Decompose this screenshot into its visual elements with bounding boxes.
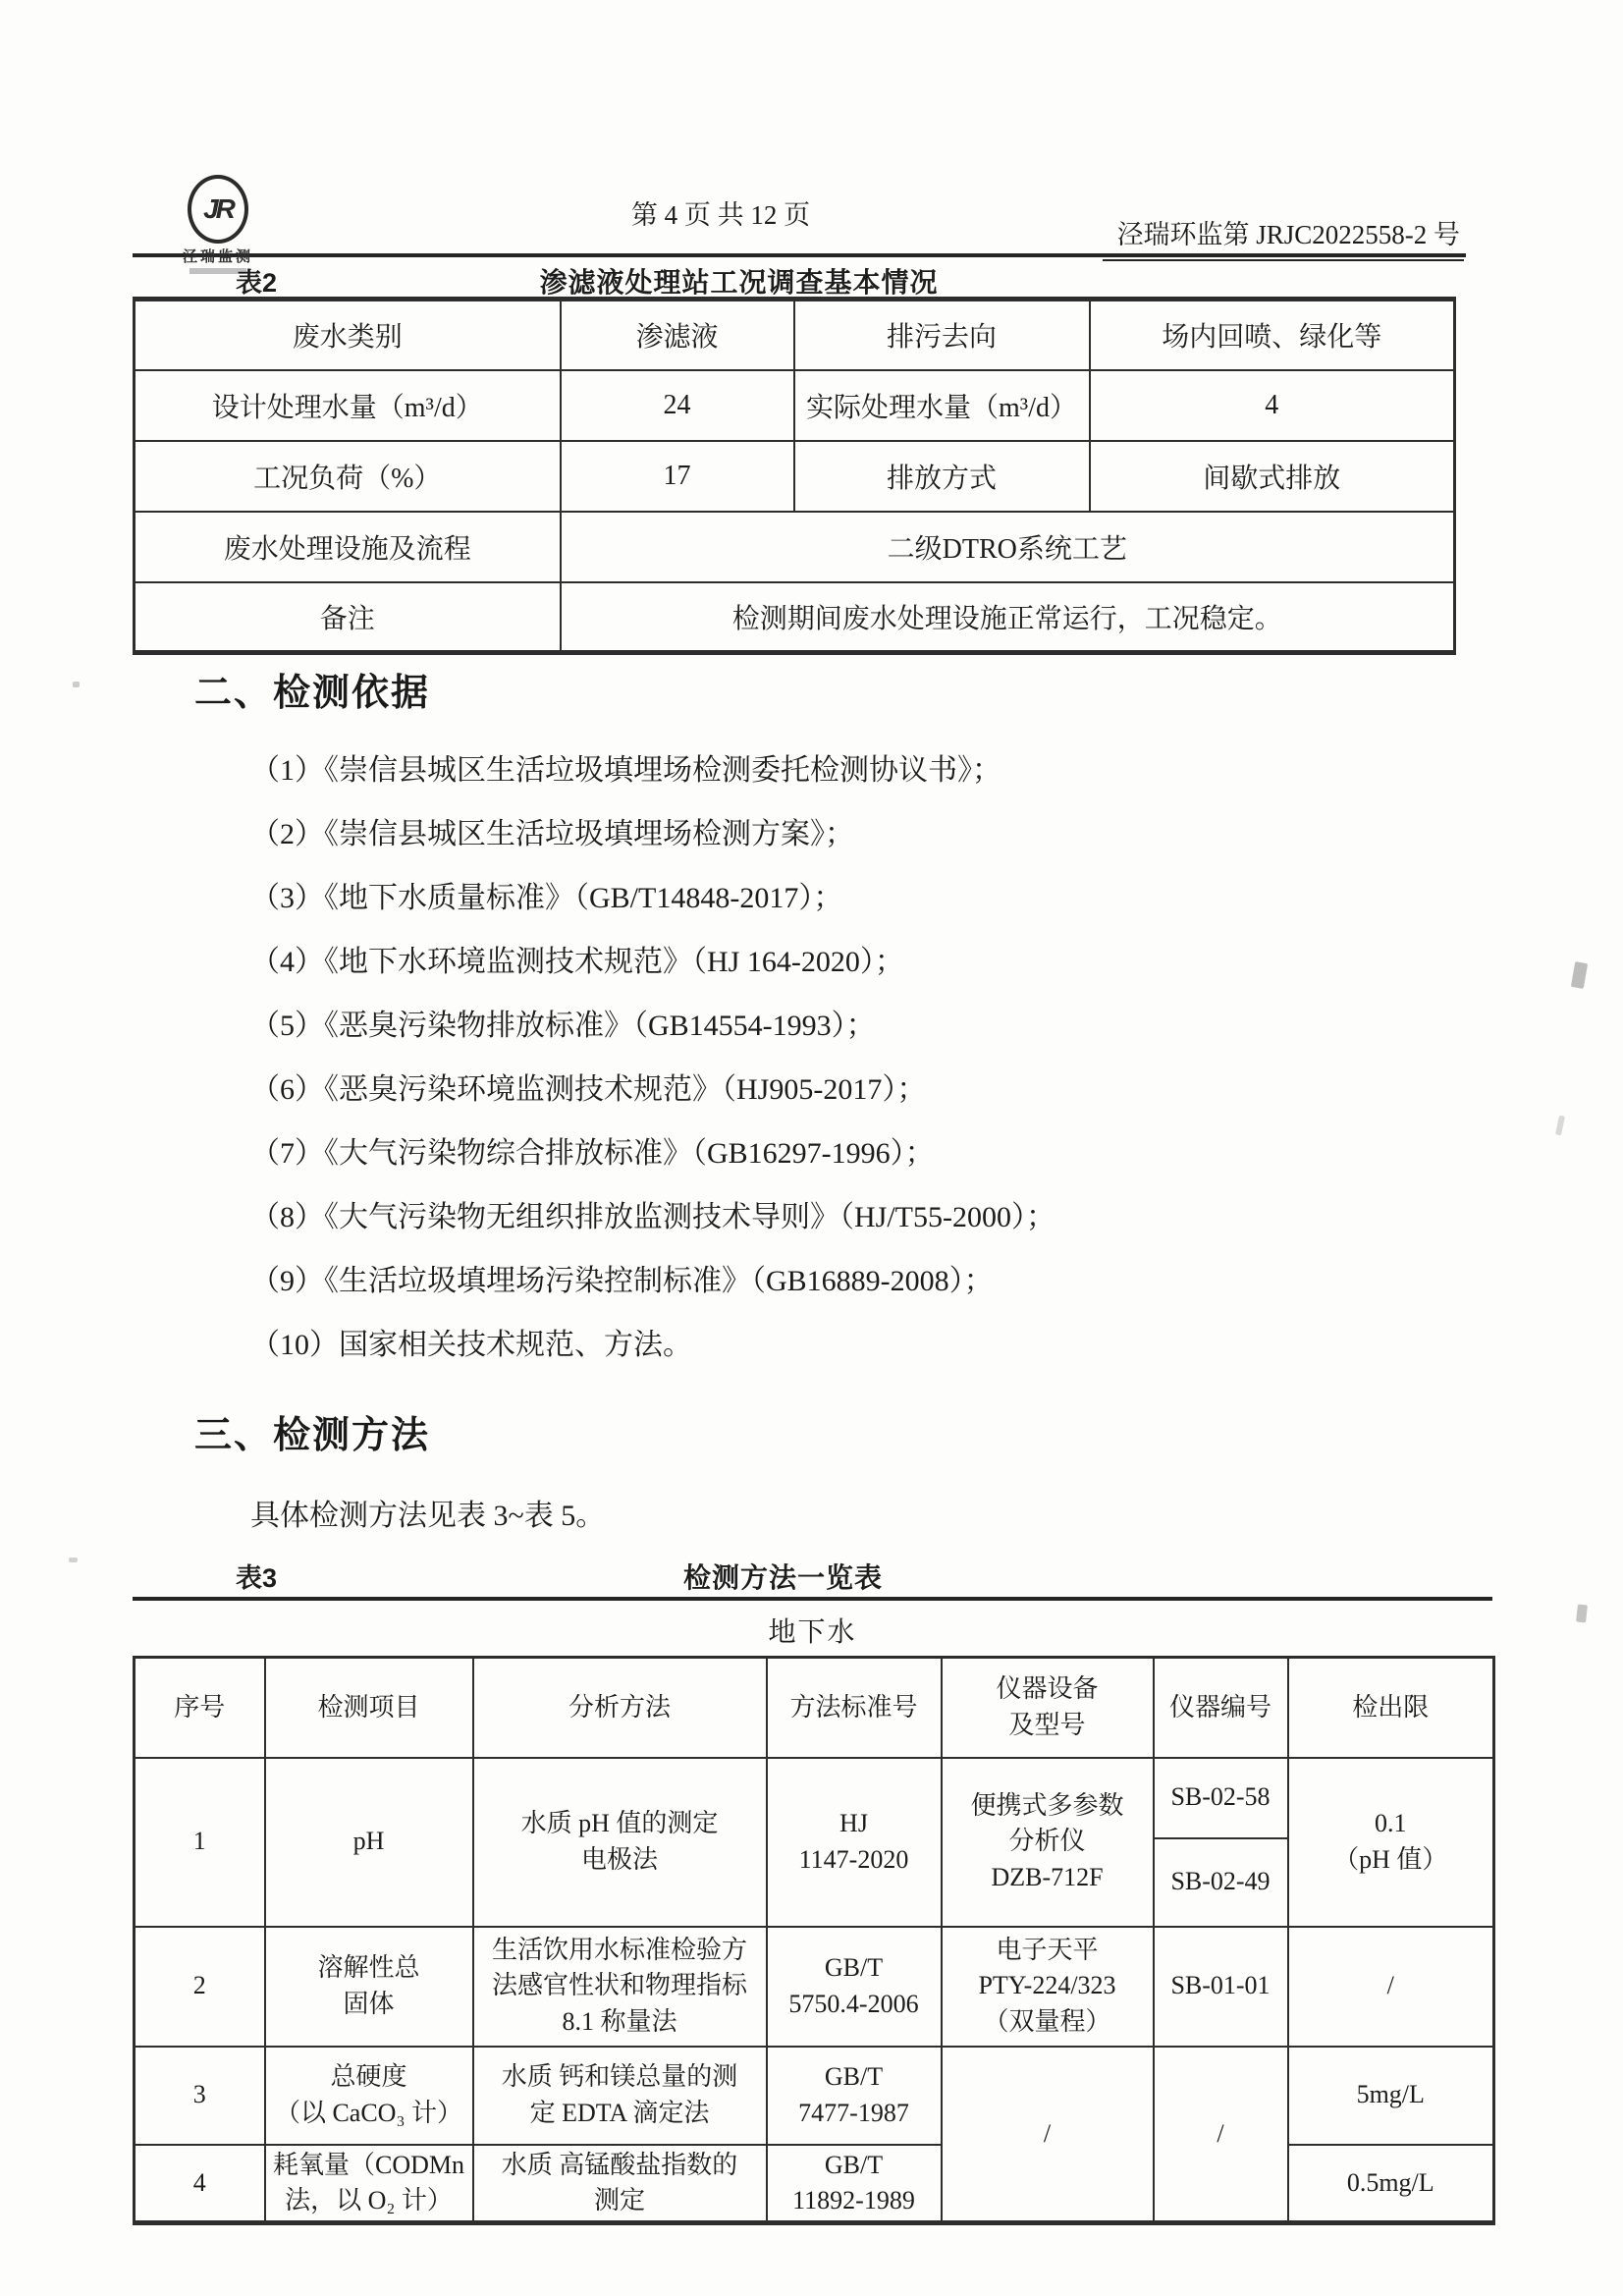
table-row: 1 pH 水质 pH 值的测定 电极法 HJ 1147-2020 便携式多参数 … [135, 1758, 1494, 1838]
table-cell: 废水类别 [135, 300, 561, 370]
list-item: （4）《地下水环境监测技术规范》（HJ 164-2020）； [250, 930, 1478, 994]
column-header: 检出限 [1288, 1658, 1494, 1758]
column-header: 序号 [135, 1658, 265, 1758]
table-cell: 实际处理水量（m³/d） [794, 370, 1090, 441]
list-item: （8）《大气污染物无组织排放监测技术导则》（HJ/T55-2000）； [250, 1185, 1478, 1249]
table-cell: 5mg/L [1288, 2047, 1494, 2145]
basis-list: （1）《崇信县城区生活垃圾填埋场检测委托检测协议书》； （2）《崇信县城区生活垃… [250, 738, 1478, 1377]
table-cell: pH [265, 1758, 473, 1927]
page-header: JR 泾瑞监测 第 4 页 共 12 页 泾瑞环监第 JRJC2022558-2… [133, 136, 1466, 257]
table-cell: 总硬度 （以 CaCO₃ 计） [265, 2047, 473, 2145]
document-number: 泾瑞环监第 JRJC2022558-2 号 [1103, 213, 1464, 261]
table-cell: 场内回喷、绿化等 [1090, 300, 1455, 370]
column-header: 仪器设备 及型号 [942, 1658, 1154, 1758]
scan-artifact [69, 1558, 78, 1562]
table3-caption: 表3 检测方法一览表 [133, 1557, 1492, 1594]
table-cell: / [1154, 2047, 1288, 2223]
scan-artifact [73, 682, 80, 687]
table-cell: SB-02-58 [1154, 1758, 1288, 1838]
table-cell: 渗滤液 [561, 300, 794, 370]
table-cell: 水质 高锰酸盐指数的 测定 [473, 2145, 767, 2223]
scan-artifact [1555, 1116, 1565, 1136]
table-cell: 0.1 （pH 值） [1288, 1758, 1494, 1927]
table-cell: 检测期间废水处理设施正常运行，工况稳定。 [561, 582, 1455, 653]
table-cell: 生活饮用水标准检验方 法感官性状和物理指标 8.1 称量法 [473, 1927, 767, 2047]
section-heading-methods: 三、检测方法 [194, 1404, 430, 1458]
table-cell: 水质 pH 值的测定 电极法 [473, 1758, 767, 1927]
table-cell: 排放方式 [794, 441, 1090, 512]
table-row: 2 溶解性总 固体 生活饮用水标准检验方 法感官性状和物理指标 8.1 称量法 … [135, 1927, 1494, 2047]
table-cell: 4 [135, 2145, 265, 2223]
table-row: 废水处理设施及流程 二级DTRO系统工艺 [135, 512, 1455, 582]
column-header: 仪器编号 [1154, 1658, 1288, 1758]
scan-artifact [1571, 961, 1588, 989]
table-header-row: 序号 检测项目 分析方法 方法标准号 仪器设备 及型号 仪器编号 检出限 [135, 1658, 1494, 1758]
list-item: （3）《地下水质量标准》（GB/T14848-2017）； [250, 866, 1478, 930]
report-page: JR 泾瑞监测 第 4 页 共 12 页 泾瑞环监第 JRJC2022558-2… [0, 0, 1623, 2296]
table-row: 3 总硬度 （以 CaCO₃ 计） 水质 钙和镁总量的测 定 EDTA 滴定法 … [135, 2047, 1494, 2145]
table-cell: 17 [561, 441, 794, 512]
list-item: （2）《崇信县城区生活垃圾填埋场检测方案》； [250, 802, 1478, 866]
scan-artifact [1576, 1605, 1588, 1623]
table-cell: 24 [561, 370, 794, 441]
table2-leachate-station: 废水类别 渗滤液 排污去向 场内回喷、绿化等 设计处理水量（m³/d） 24 实… [133, 297, 1456, 655]
table3-title: 检测方法一览表 [103, 1557, 1463, 1596]
table-row: 4 耗氧量（CODMn 法，以 O₂ 计） 水质 高锰酸盐指数的 测定 GB/T… [135, 2145, 1494, 2223]
table-cell: 溶解性总 固体 [265, 1927, 473, 2047]
table-row: 备注 检测期间废水处理设施正常运行，工况稳定。 [135, 582, 1455, 653]
table-row: 设计处理水量（m³/d） 24 实际处理水量（m³/d） 4 [135, 370, 1455, 441]
table-cell: SB-01-01 [1154, 1927, 1288, 2047]
table-cell: SB-02-49 [1154, 1838, 1288, 1927]
section-heading-basis: 二、检测依据 [194, 662, 430, 716]
table-cell: 备注 [135, 582, 561, 653]
company-logo: JR 泾瑞监测 [164, 175, 272, 274]
table-cell: / [1288, 1927, 1494, 2047]
table-cell: GB/T 5750.4-2006 [767, 1927, 942, 2047]
table-cell: 4 [1090, 370, 1455, 441]
list-item: （9）《生活垃圾填埋场污染控制标准》（GB16889-2008）； [250, 1249, 1478, 1313]
table-cell: 便携式多参数 分析仪 DZB-712F [942, 1758, 1154, 1927]
table-cell: 电子天平 PTY-224/323 （双量程） [942, 1927, 1154, 2047]
list-item: （7）《大气污染物综合排放标准》（GB16297-1996）； [250, 1121, 1478, 1185]
list-item: （5）《恶臭污染物排放标准》（GB14554-1993）； [250, 994, 1478, 1058]
table-row: 废水类别 渗滤液 排污去向 场内回喷、绿化等 [135, 300, 1455, 370]
table2-caption: 表2 渗滤液处理站工况调查基本情况 [133, 261, 1453, 299]
table-cell: 1 [135, 1758, 265, 1927]
table-cell: 设计处理水量（m³/d） [135, 370, 561, 441]
column-header: 检测项目 [265, 1658, 473, 1758]
table-cell: HJ 1147-2020 [767, 1758, 942, 1927]
table-cell: 二级DTRO系统工艺 [561, 512, 1455, 582]
column-header: 方法标准号 [767, 1658, 942, 1758]
table-cell: 2 [135, 1927, 265, 2047]
table-cell: 间歇式排放 [1090, 441, 1455, 512]
table-cell: 耗氧量（CODMn 法，以 O₂ 计） [265, 2145, 473, 2223]
column-header: 分析方法 [473, 1658, 767, 1758]
list-item: （1）《崇信县城区生活垃圾填埋场检测委托检测协议书》； [250, 738, 1478, 802]
table3-subtitle: 地下水 [133, 1611, 1492, 1650]
table3-method-list: 序号 检测项目 分析方法 方法标准号 仪器设备 及型号 仪器编号 检出限 1 p… [133, 1656, 1495, 2225]
table-cell: 3 [135, 2047, 265, 2145]
table-cell: 排污去向 [794, 300, 1090, 370]
jr-logo-icon: JR [188, 175, 248, 244]
table-cell: 水质 钙和镁总量的测 定 EDTA 滴定法 [473, 2047, 767, 2145]
list-item: （6）《恶臭污染环境监测技术规范》（HJ905-2017）； [250, 1058, 1478, 1121]
methods-intro: 具体检测方法见表 3~表 5。 [250, 1491, 605, 1534]
table-cell: GB/T 7477-1987 [767, 2047, 942, 2145]
table-cell: / [942, 2047, 1154, 2223]
page-number: 第 4 页 共 12 页 [631, 193, 810, 232]
divider [133, 1597, 1492, 1601]
table2-title: 渗滤液处理站工况调查基本情况 [79, 261, 1399, 301]
table-cell: 工况负荷（%） [135, 441, 561, 512]
table-cell: 0.5mg/L [1288, 2145, 1494, 2223]
logo-monogram: JR [203, 193, 233, 225]
table-cell: 废水处理设施及流程 [135, 512, 561, 582]
table-cell: GB/T 11892-1989 [767, 2145, 942, 2223]
list-item: （10）国家相关技术规范、方法。 [250, 1313, 1478, 1377]
table-row: 工况负荷（%） 17 排放方式 间歇式排放 [135, 441, 1455, 512]
